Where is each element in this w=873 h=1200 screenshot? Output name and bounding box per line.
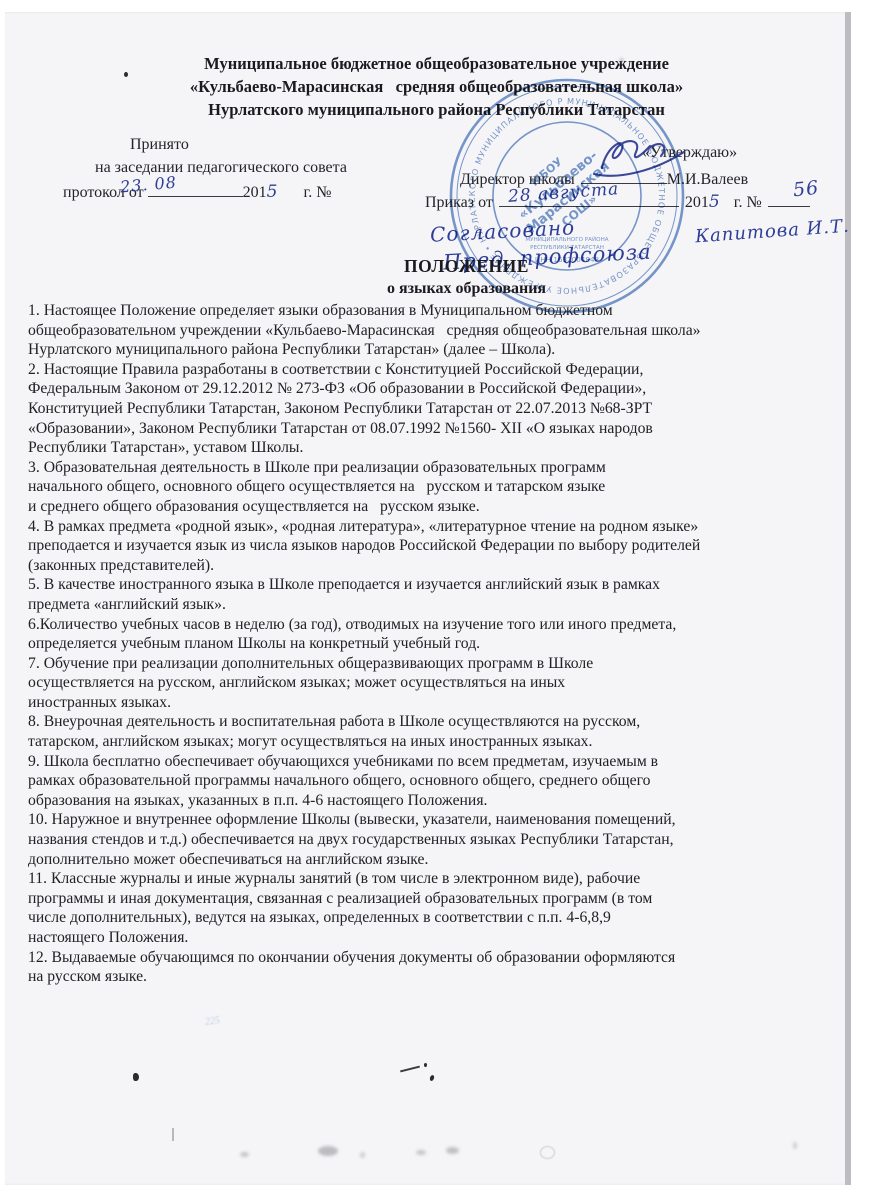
document-subtitle: о языках образования bbox=[60, 280, 873, 298]
org-name-line1: Муниципальное бюджетное общеобразователь… bbox=[0, 54, 873, 74]
order-number-label: г. № bbox=[734, 194, 762, 211]
policy-paragraph-3: 3. Образовательная деятельность в Школе … bbox=[28, 458, 860, 517]
policy-paragraph-4: 4. В рамках предмета «родной язык», «род… bbox=[28, 517, 860, 576]
policy-paragraph-11: 11. Классные журналы и иные журналы заня… bbox=[28, 869, 860, 947]
policy-paragraph-2: 2. Настоящие Правила разработаны в соотв… bbox=[28, 360, 860, 458]
order-number-handwritten: 56 bbox=[792, 177, 820, 202]
ink-speck bbox=[124, 72, 128, 77]
order-year-typed: 201 bbox=[685, 194, 709, 211]
ink-blot bbox=[133, 1073, 139, 1081]
policy-paragraph-1: 1. Настоящее Положение определяет языки … bbox=[28, 301, 860, 360]
org-name-line2: «Кульбаево-Марасинская средняя общеобраз… bbox=[0, 77, 873, 97]
accepted-meeting-line: на заседании педагогического совета bbox=[95, 159, 347, 177]
pencil-smudge bbox=[240, 1152, 249, 1157]
pencil-smudge bbox=[793, 1142, 797, 1149]
policy-paragraph-9: 9. Школа бесплатно обеспечивает обучающи… bbox=[28, 752, 860, 811]
scanned-policy-document: Муниципальное бюджетное общеобразователь… bbox=[0, 0, 873, 1200]
document-title: ПОЛОЖЕНИЕ bbox=[60, 256, 873, 277]
protocol-year-typed: 201 bbox=[243, 184, 267, 201]
policy-paragraph-5: 5. В качестве иностранного языка в Школе… bbox=[28, 575, 860, 614]
protocol-number-label: г. № bbox=[303, 184, 331, 201]
policy-body: 1. Настоящее Положение определяет языки … bbox=[28, 301, 860, 987]
pencil-smudge bbox=[446, 1147, 459, 1154]
pencil-smudge bbox=[416, 1150, 426, 1155]
accepted-label: Принято bbox=[130, 136, 189, 154]
protocol-year-digit-handwritten: 5 bbox=[267, 182, 278, 202]
pencil-smudge bbox=[318, 1146, 338, 1156]
policy-paragraph-7: 7. Обучение при реализации дополнительны… bbox=[28, 654, 860, 713]
policy-paragraph-8: 8. Внеурочная деятельность и воспитатель… bbox=[28, 712, 860, 751]
seal-sub-line2: РЕСПУБЛИКИ ТАТАРСТАН bbox=[530, 245, 604, 251]
dust-speck bbox=[620, 59, 623, 62]
policy-paragraph-10: 10. Наружное и внутреннее оформление Шко… bbox=[28, 810, 860, 869]
order-year-digit-handwritten: 5 bbox=[709, 192, 720, 212]
policy-paragraph-6: 6.Количество учебных часов в неделю (за … bbox=[28, 615, 860, 654]
pen-tick bbox=[172, 1128, 174, 1141]
ink-speck bbox=[424, 1063, 427, 1067]
policy-paragraph-12: 12. Выдаваемые обучающимся по окончании … bbox=[28, 948, 860, 987]
protocol-line: протокол от2015г. № bbox=[63, 181, 332, 202]
pencil-mark bbox=[540, 1146, 555, 1159]
pencil-smudge bbox=[360, 1152, 365, 1158]
org-name-line3: Нурлатского муниципального района Респуб… bbox=[0, 100, 873, 120]
document-title-block: ПОЛОЖЕНИЕ о языках образования bbox=[60, 256, 873, 298]
faint-blue-smudge: 225 bbox=[204, 1015, 220, 1028]
seal-sub-line1: МУНИЦИПАЛЬНОГО РАЙОНА bbox=[525, 236, 608, 243]
